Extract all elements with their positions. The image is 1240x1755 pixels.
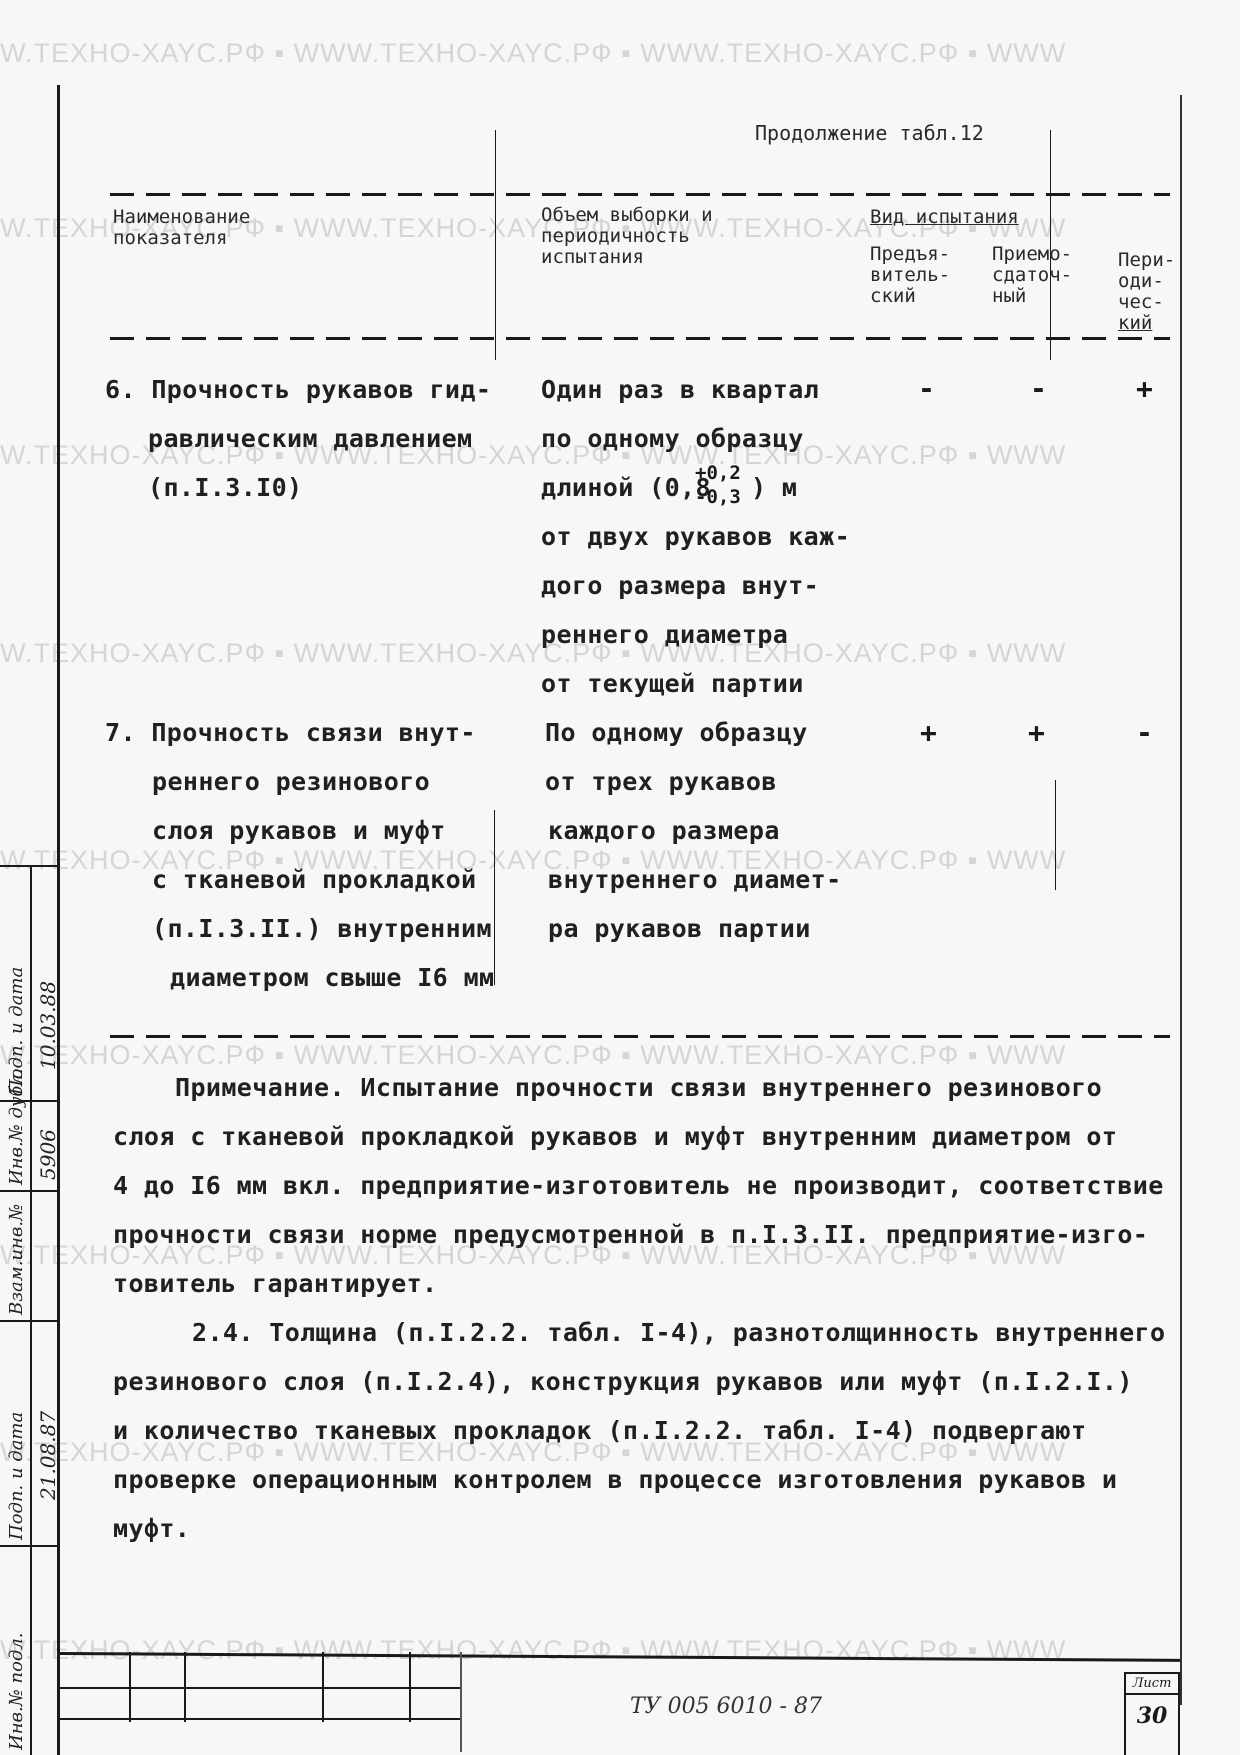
row-name-line: слоя рукавов и муфт [152, 816, 446, 845]
para-line: муфт. [113, 1514, 190, 1543]
sheet-number: 30 [1126, 1695, 1178, 1729]
sign-label: Подп. и дата [6, 1412, 27, 1540]
note-line: прочности связи норме предусмотренной в … [113, 1220, 1148, 1249]
para-line: 2.4. Толщина (п.I.2.2. табл. I-4), разно… [192, 1318, 1165, 1347]
note-line: 4 до I6 мм вкл. предприятие-изготовитель… [113, 1171, 1164, 1200]
col-divider [495, 130, 496, 360]
row-sample-line-tolerance: длиной (0,8) м [541, 473, 797, 502]
tolerance-minus: -0,3 [695, 486, 741, 508]
table-bottom-rule [110, 1035, 1170, 1038]
mark-acceptance: + [1028, 716, 1045, 749]
row-name-line: реннего резинового [152, 767, 430, 796]
header-sample: Объем выборки и периодичность испытания [541, 205, 713, 268]
tolerance-plus: +0,2 [695, 462, 741, 484]
header-sub-periodic: Пери- оди- чес- кий [1118, 250, 1175, 334]
replace-label: Взам.инв.№ [6, 1204, 27, 1315]
mark-periodic: - [1136, 716, 1153, 749]
row-name-line: 7. Прочность связи внут- [105, 718, 476, 747]
doc-code: ТУ 005 6010 - 87 [630, 1694, 822, 1719]
sign2-value: 10.03.88 [36, 981, 60, 1070]
para-line: проверке операционным контролем в процес… [113, 1465, 1117, 1494]
document-page: W.TEXHO-XAYC.PФ ▪ WWW.TEXHO-XAYC.PФ ▪ WW… [0, 0, 1240, 1755]
row-name-line: диаметром свыше I6 мм [170, 963, 494, 992]
mark-presentation: - [918, 372, 935, 405]
note-line: товитель гарантирует. [113, 1269, 437, 1298]
header-sub-acceptance: Приемо- сдаточ- ный [992, 244, 1072, 307]
row-sample-line: по одному образцу [541, 424, 804, 453]
header-bottom-rule [110, 337, 1170, 340]
para-line: резинового слоя (п.I.2.4), конструкция р… [113, 1367, 1133, 1396]
dup-label: Инв.№ дубл. [6, 1068, 27, 1185]
watermark: W.TEXHO-XAYC.PФ ▪ WWW.TEXHO-XAYC.PФ ▪ WW… [0, 1635, 1240, 1666]
row-sample-line: от двух рукавов каж- [541, 522, 850, 551]
col-divider [494, 810, 495, 985]
continuation-label: Продолжение табл.12 [755, 123, 984, 144]
row-sample-line: По одному образцу [545, 718, 808, 747]
para-line: и количество тканевых прокладок (п.I.2.2… [113, 1416, 1086, 1445]
inv-label: Инв.№ подл. [6, 1632, 27, 1750]
row-sample-line: ра рукавов партии [548, 914, 811, 943]
header-test-type: Вид испытания [870, 207, 1019, 228]
dup-value: 5906 [36, 1129, 60, 1180]
row-sample-line: от текущей партии [541, 669, 804, 698]
mark-presentation: + [920, 716, 937, 749]
row-sample-line: дого размера внут- [541, 571, 819, 600]
row-sample-line: внутреннего диамет- [548, 865, 842, 894]
note-line: слоя с тканевой прокладкой рукавов и муф… [113, 1122, 1117, 1151]
row-sample-line: Один раз в квартал [541, 375, 819, 404]
frame-left [57, 85, 60, 1755]
row-name-line: (п.I.3.I0) [148, 473, 303, 502]
note-line: Примечание. Испытание прочности связи вн… [175, 1073, 1102, 1102]
row-name-line: (п.I.3.II.) внутренним [152, 914, 492, 943]
watermark: W.TEXHO-XAYC.PФ ▪ WWW.TEXHO-XAYC.PФ ▪ WW… [0, 38, 1240, 69]
header-name: Наименование показателя [113, 207, 250, 249]
row-sample-line: каждого размера [548, 816, 780, 845]
row-name-line: равлическим давлением [148, 424, 472, 453]
row-name-line: 6. Прочность рукавов гид- [105, 375, 491, 404]
row-sample-line: от трех рукавов [545, 767, 777, 796]
frame-right [1180, 95, 1182, 1705]
sign-value: 21.08.87 [36, 1411, 60, 1500]
header-sub-presentation: Предъя- витель- ский [870, 244, 950, 307]
row-sample-line: реннего диаметра [541, 620, 788, 649]
row-name-line: с тканевой прокладкой [152, 865, 476, 894]
sheet-label: Лист [1126, 1674, 1178, 1695]
sheet-box: Лист 30 [1124, 1672, 1180, 1755]
col-divider [1055, 780, 1056, 890]
table-top-rule [110, 193, 1170, 196]
mark-periodic: + [1136, 372, 1153, 405]
mark-acceptance: - [1030, 372, 1047, 405]
watermark: W.TEXHO-XAYC.PФ ▪ WWW.TEXHO-XAYC.PФ ▪ WW… [0, 1040, 1240, 1071]
